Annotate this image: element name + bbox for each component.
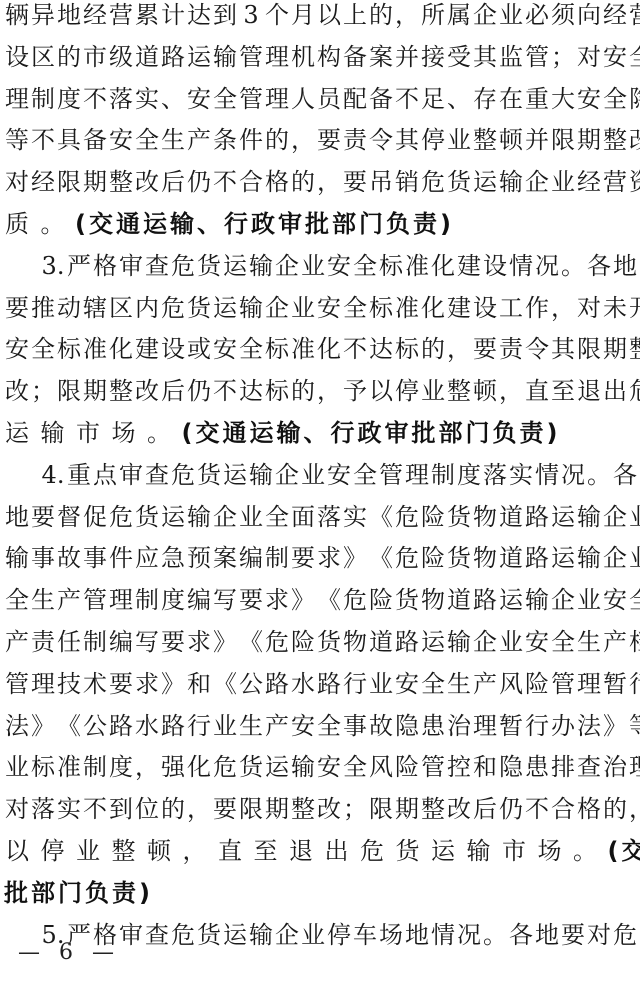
- text-line: 设区的市级道路运输管理机构备案并接受其监管；对安全管: [4, 42, 636, 72]
- glyph: ，: [186, 794, 212, 824]
- glyph: 业: [238, 502, 264, 532]
- glyph: 况: [456, 920, 482, 950]
- glyph: 不: [82, 84, 108, 114]
- glyph: 输: [186, 502, 212, 532]
- glyph: 物: [342, 627, 368, 657]
- glyph: 运: [222, 460, 248, 490]
- glyph: 运: [498, 585, 524, 615]
- glyph: 审: [118, 460, 144, 490]
- glyph: 隐: [498, 752, 524, 782]
- glyph: 产: [4, 627, 30, 657]
- glyph: 的: [602, 794, 628, 824]
- glyph: 。: [586, 460, 612, 490]
- glyph: 险: [290, 627, 316, 657]
- glyph: 业: [4, 752, 30, 782]
- glyph: 度: [456, 460, 482, 490]
- glyph: 情: [508, 251, 534, 281]
- glyph: 改: [446, 794, 472, 824]
- glyph: 后: [472, 794, 498, 824]
- glyph: 业: [550, 167, 576, 197]
- text-line: 产责任制编写要求》《危险货物道路运输企业安全生产档案: [4, 627, 636, 657]
- glyph: 化: [430, 251, 456, 281]
- glyph: 件: [108, 543, 134, 573]
- glyph: 的: [264, 125, 290, 155]
- glyph: 企: [472, 0, 498, 30]
- text-line: 地要督促危货运输企业全面落实《危险货物道路运输企业运: [4, 502, 636, 532]
- glyph: 度: [56, 84, 82, 114]
- glyph: 查: [144, 251, 170, 281]
- glyph: 设: [482, 251, 508, 281]
- glyph: 业: [212, 711, 238, 741]
- glyph: 的: [160, 794, 186, 824]
- glyph: 生: [446, 669, 472, 699]
- glyph: 各: [508, 920, 534, 950]
- glyph: 地: [612, 251, 638, 281]
- glyph: 落: [482, 460, 508, 490]
- glyph: 开: [628, 293, 640, 323]
- glyph: 患: [420, 711, 446, 741]
- glyph: 》: [602, 711, 628, 741]
- glyph: 求: [186, 627, 212, 657]
- glyph: 严: [66, 251, 92, 281]
- glyph: 3: [238, 0, 264, 30]
- glyph: 到: [108, 794, 134, 824]
- glyph: 落: [30, 794, 56, 824]
- glyph: 以: [4, 836, 30, 866]
- glyph: 输: [466, 836, 492, 866]
- glyph: 改: [4, 376, 30, 406]
- glyph: 法: [4, 711, 30, 741]
- glyph: 配: [342, 84, 368, 114]
- glyph: 整: [108, 167, 134, 197]
- glyph: 输: [576, 543, 602, 573]
- glyph: 管: [238, 84, 264, 114]
- glyph: 》: [212, 627, 238, 657]
- glyph: 企: [264, 293, 290, 323]
- glyph: 全: [238, 334, 264, 364]
- glyph: 重: [66, 460, 92, 490]
- glyph: 术: [82, 669, 108, 699]
- glyph: 任: [56, 627, 82, 657]
- glyph: 月: [290, 0, 316, 30]
- glyph: 案: [368, 42, 394, 72]
- glyph: 输: [212, 42, 238, 72]
- glyph: 达: [238, 376, 264, 406]
- glyph: 审: [118, 920, 144, 950]
- glyph: 货: [394, 585, 420, 615]
- text-line: 批部门负责): [4, 878, 636, 908]
- glyph: 公: [82, 711, 108, 741]
- glyph: 准: [394, 293, 420, 323]
- glyph: 格: [264, 167, 290, 197]
- glyph: 大: [550, 84, 576, 114]
- glyph: ，: [182, 836, 208, 866]
- glyph: 运: [264, 752, 290, 782]
- glyph: 异: [30, 0, 56, 30]
- glyph: 理: [108, 585, 134, 615]
- glyph: 制: [430, 460, 456, 490]
- glyph: 运: [212, 293, 238, 323]
- glyph: 输: [498, 167, 524, 197]
- glyph: 治: [602, 752, 628, 782]
- glyph: 机: [290, 42, 316, 72]
- glyph: 期: [394, 794, 420, 824]
- glyph: 管: [378, 460, 404, 490]
- glyph: 输: [248, 251, 274, 281]
- responsible-department-note: (交通运输、行政审批部门负责): [75, 209, 454, 239]
- glyph: 整: [111, 836, 137, 866]
- glyph: 业: [420, 376, 446, 406]
- responsible-department-note: 批部门负责): [4, 878, 153, 908]
- glyph: 不: [342, 334, 368, 364]
- glyph: ，: [446, 334, 472, 364]
- glyph: 危: [359, 836, 385, 866]
- glyph: 全: [550, 627, 576, 657]
- text-line: 质。(交通运输、行政审批部门负责): [4, 209, 636, 239]
- glyph: 3.: [40, 251, 66, 281]
- glyph: 危: [394, 502, 420, 532]
- glyph: 其: [394, 125, 420, 155]
- glyph: ，: [628, 794, 640, 824]
- glyph: 整: [472, 125, 498, 155]
- glyph: 货: [196, 920, 222, 950]
- glyph: 货: [134, 502, 160, 532]
- glyph: 安: [602, 585, 628, 615]
- glyph: 改: [134, 167, 160, 197]
- glyph: 顿: [472, 376, 498, 406]
- glyph: 对: [4, 794, 30, 824]
- glyph: 顿: [146, 836, 172, 866]
- glyph: 的: [290, 167, 316, 197]
- glyph: 产: [602, 627, 628, 657]
- glyph: 接: [420, 42, 446, 72]
- glyph: 事: [30, 543, 56, 573]
- glyph: 要: [316, 125, 342, 155]
- glyph: 道: [368, 627, 394, 657]
- glyph: 限: [368, 794, 394, 824]
- glyph: 令: [524, 334, 550, 364]
- glyph: ，: [290, 125, 316, 155]
- glyph: 化: [186, 752, 212, 782]
- glyph: 故: [368, 711, 394, 741]
- glyph: 风: [498, 669, 524, 699]
- glyph: 运: [550, 543, 576, 573]
- glyph: 要: [160, 627, 186, 657]
- glyph: ；: [342, 794, 368, 824]
- glyph: 理: [264, 42, 290, 72]
- glyph: 备: [82, 125, 108, 155]
- glyph: 限: [576, 334, 602, 364]
- glyph: 和: [472, 752, 498, 782]
- glyph: ；: [550, 42, 576, 72]
- glyph: 合: [238, 167, 264, 197]
- glyph: 查: [144, 460, 170, 490]
- glyph: 4.: [40, 460, 66, 490]
- glyph: 道: [446, 585, 472, 615]
- glyph: 运: [160, 502, 186, 532]
- glyph: 标: [264, 334, 290, 364]
- text-line: 对经限期整改后仍不合格的，要吊销危货运输企业经营资: [4, 167, 636, 197]
- glyph: 物: [472, 543, 498, 573]
- glyph: 安: [394, 669, 420, 699]
- glyph: 货: [446, 543, 472, 573]
- glyph: 停: [420, 125, 446, 155]
- glyph: 危: [342, 585, 368, 615]
- glyph: 输: [238, 293, 264, 323]
- glyph: 事: [342, 711, 368, 741]
- glyph: 公: [238, 669, 264, 699]
- glyph: 全: [4, 585, 30, 615]
- glyph: 退: [576, 376, 602, 406]
- glyph: 情: [534, 460, 560, 490]
- glyph: 危: [628, 376, 640, 406]
- glyph: ，: [498, 376, 524, 406]
- glyph: 责: [342, 125, 368, 155]
- glyph: 限: [550, 125, 576, 155]
- glyph: 输: [248, 920, 274, 950]
- glyph: 格: [92, 251, 118, 281]
- glyph: 至: [550, 376, 576, 406]
- glyph: 的: [420, 334, 446, 364]
- glyph: 暂: [602, 669, 628, 699]
- glyph: 险: [368, 585, 394, 615]
- glyph: 地: [56, 0, 82, 30]
- glyph: 达: [186, 0, 212, 30]
- glyph: 理: [404, 460, 430, 490]
- glyph: 。: [146, 418, 172, 448]
- glyph: 求: [134, 669, 160, 699]
- glyph: 理: [264, 84, 290, 114]
- glyph: 况: [560, 460, 586, 490]
- glyph: 化: [316, 334, 342, 364]
- glyph: 危: [394, 543, 420, 573]
- glyph: 安: [212, 334, 238, 364]
- glyph: 路: [394, 627, 420, 657]
- glyph: 办: [550, 711, 576, 741]
- glyph: 市: [82, 42, 108, 72]
- glyph: 管: [524, 42, 550, 72]
- glyph: 企: [472, 627, 498, 657]
- glyph: 在: [498, 84, 524, 114]
- glyph: 。: [560, 251, 586, 281]
- glyph: 改: [316, 794, 342, 824]
- text-line: 法》《公路水路行业生产安全事故隐患治理暂行办法》等行: [4, 711, 636, 741]
- glyph: 要: [342, 167, 368, 197]
- glyph: 全: [30, 334, 56, 364]
- glyph: 内: [134, 293, 160, 323]
- glyph: 累: [134, 0, 160, 30]
- glyph: 营: [108, 0, 134, 30]
- glyph: 道: [134, 42, 160, 72]
- glyph: 地: [534, 920, 560, 950]
- glyph: 理: [472, 711, 498, 741]
- glyph: 必: [524, 0, 550, 30]
- glyph: 企: [212, 502, 238, 532]
- text-line: 等不具备安全生产条件的，要责令其停业整顿并限期整改；: [4, 125, 636, 155]
- glyph: 改: [134, 376, 160, 406]
- glyph: 企: [274, 460, 300, 490]
- glyph: 隐: [394, 711, 420, 741]
- glyph: 辆: [4, 0, 30, 30]
- glyph: 整: [290, 794, 316, 824]
- glyph: 制: [82, 627, 108, 657]
- glyph: 输: [4, 543, 30, 573]
- glyph: 理: [30, 669, 56, 699]
- glyph: 仍: [186, 376, 212, 406]
- glyph: 业: [300, 460, 326, 490]
- glyph: 件: [238, 125, 264, 155]
- glyph: 达: [368, 334, 394, 364]
- glyph: 企: [524, 167, 550, 197]
- glyph: 控: [446, 752, 472, 782]
- glyph: 市: [75, 418, 101, 448]
- text-line: 对落实不到位的，要限期整改；限期整改后仍不合格的，予: [4, 794, 636, 824]
- glyph: 货: [395, 836, 421, 866]
- glyph: 市: [501, 836, 527, 866]
- glyph: 对: [4, 167, 30, 197]
- glyph: 吊: [368, 167, 394, 197]
- glyph: 经: [30, 167, 56, 197]
- glyph: 物: [472, 502, 498, 532]
- glyph: 运: [472, 167, 498, 197]
- glyph: 安: [602, 42, 628, 72]
- glyph: 《: [212, 669, 238, 699]
- glyph: 位: [134, 794, 160, 824]
- glyph: 管: [550, 669, 576, 699]
- glyph: 至: [253, 836, 279, 866]
- glyph: 管: [238, 42, 264, 72]
- glyph: 预: [186, 543, 212, 573]
- glyph: 整: [108, 376, 134, 406]
- glyph: 、: [160, 84, 186, 114]
- glyph: 建: [456, 251, 482, 281]
- glyph: 产: [56, 585, 82, 615]
- glyph: 后: [160, 167, 186, 197]
- glyph: 货: [446, 502, 472, 532]
- glyph: 暂: [498, 711, 524, 741]
- glyph: 标: [378, 251, 404, 281]
- glyph: 制: [82, 752, 108, 782]
- text-line: 以停业整顿，直至退出危货运输市场。(交通运输、行政审: [4, 836, 636, 866]
- glyph: 产: [186, 125, 212, 155]
- text-line: 全生产管理制度编写要求》《危险货物道路运输企业安全生: [4, 585, 636, 615]
- glyph: 标: [394, 334, 420, 364]
- glyph: 其: [550, 334, 576, 364]
- text-line: 运输市场。(交通运输、行政审批部门负责): [4, 418, 636, 448]
- glyph: 全: [420, 669, 446, 699]
- glyph: 质: [4, 209, 30, 239]
- glyph: 地: [404, 920, 430, 950]
- glyph: 改: [628, 125, 640, 155]
- glyph: 各: [612, 460, 638, 490]
- glyph: ；: [30, 376, 56, 406]
- glyph: 企: [274, 920, 300, 950]
- glyph: 况: [534, 251, 560, 281]
- glyph: 强: [160, 752, 186, 782]
- glyph: 写: [134, 627, 160, 657]
- glyph: 停: [40, 836, 66, 866]
- glyph: 不: [212, 167, 238, 197]
- responsible-department-note: (交通运输、行政审: [608, 836, 640, 866]
- glyph: 货: [446, 167, 472, 197]
- glyph: 整: [602, 125, 628, 155]
- glyph: 设: [472, 293, 498, 323]
- glyph: 危: [160, 293, 186, 323]
- glyph: 行: [186, 711, 212, 741]
- glyph: 编: [238, 543, 264, 573]
- glyph: 安: [290, 711, 316, 741]
- glyph: 业: [576, 585, 602, 615]
- glyph: 安: [576, 84, 602, 114]
- glyph: 业: [300, 251, 326, 281]
- glyph: 企: [602, 543, 628, 573]
- glyph: 业: [628, 543, 640, 573]
- glyph: 全: [134, 125, 160, 155]
- glyph: 运: [222, 920, 248, 950]
- glyph: 设: [4, 42, 30, 72]
- glyph: 理: [4, 84, 30, 114]
- glyph: 不: [30, 125, 56, 155]
- glyph: 实: [134, 84, 160, 114]
- text-line: 3.严格审查危货运输企业安全标准化建设情况。各地: [4, 251, 636, 281]
- glyph: 实: [508, 460, 534, 490]
- glyph: 推: [30, 293, 56, 323]
- glyph: 》: [30, 711, 56, 741]
- glyph: 期: [82, 167, 108, 197]
- glyph: 直: [217, 836, 243, 866]
- glyph: 的: [290, 376, 316, 406]
- glyph: 全: [602, 84, 628, 114]
- glyph: 《: [238, 627, 264, 657]
- glyph: 不: [82, 794, 108, 824]
- glyph: 编: [186, 585, 212, 615]
- glyph: 道: [498, 502, 524, 532]
- glyph: 到: [212, 0, 238, 30]
- glyph: 对: [586, 920, 612, 950]
- glyph: 业: [498, 627, 524, 657]
- glyph: 理: [576, 669, 602, 699]
- glyph: 货: [238, 752, 264, 782]
- glyph: 险: [420, 543, 446, 573]
- glyph: 》: [290, 585, 316, 615]
- glyph: 险: [524, 669, 550, 699]
- glyph: 落: [316, 502, 342, 532]
- glyph: 业: [290, 293, 316, 323]
- text-line: 4.重点审查危货运输企业安全管理制度落实情况。各: [4, 460, 636, 490]
- glyph: 、: [446, 84, 472, 114]
- glyph: 全: [628, 585, 640, 615]
- glyph: 。: [482, 920, 508, 950]
- glyph: 整: [628, 334, 640, 364]
- glyph: 期: [576, 125, 602, 155]
- glyph: 安: [316, 293, 342, 323]
- glyph: 不: [524, 794, 550, 824]
- glyph: 或: [186, 334, 212, 364]
- glyph: 备: [368, 84, 394, 114]
- glyph: 足: [420, 84, 446, 114]
- glyph: 营: [602, 167, 628, 197]
- glyph: 业: [446, 125, 472, 155]
- glyph: 场: [537, 836, 563, 866]
- glyph: 准: [290, 334, 316, 364]
- glyph: 向: [576, 0, 602, 30]
- glyph: 监: [498, 42, 524, 72]
- glyph: 督: [56, 502, 82, 532]
- glyph: 经: [576, 167, 602, 197]
- glyph: 标: [264, 376, 290, 406]
- glyph: 等: [4, 125, 30, 155]
- document-page: 辆异地经营累计达到3个月以上的，所属企业必须向经营地设区的市级道路运输管理机构备…: [0, 0, 640, 981]
